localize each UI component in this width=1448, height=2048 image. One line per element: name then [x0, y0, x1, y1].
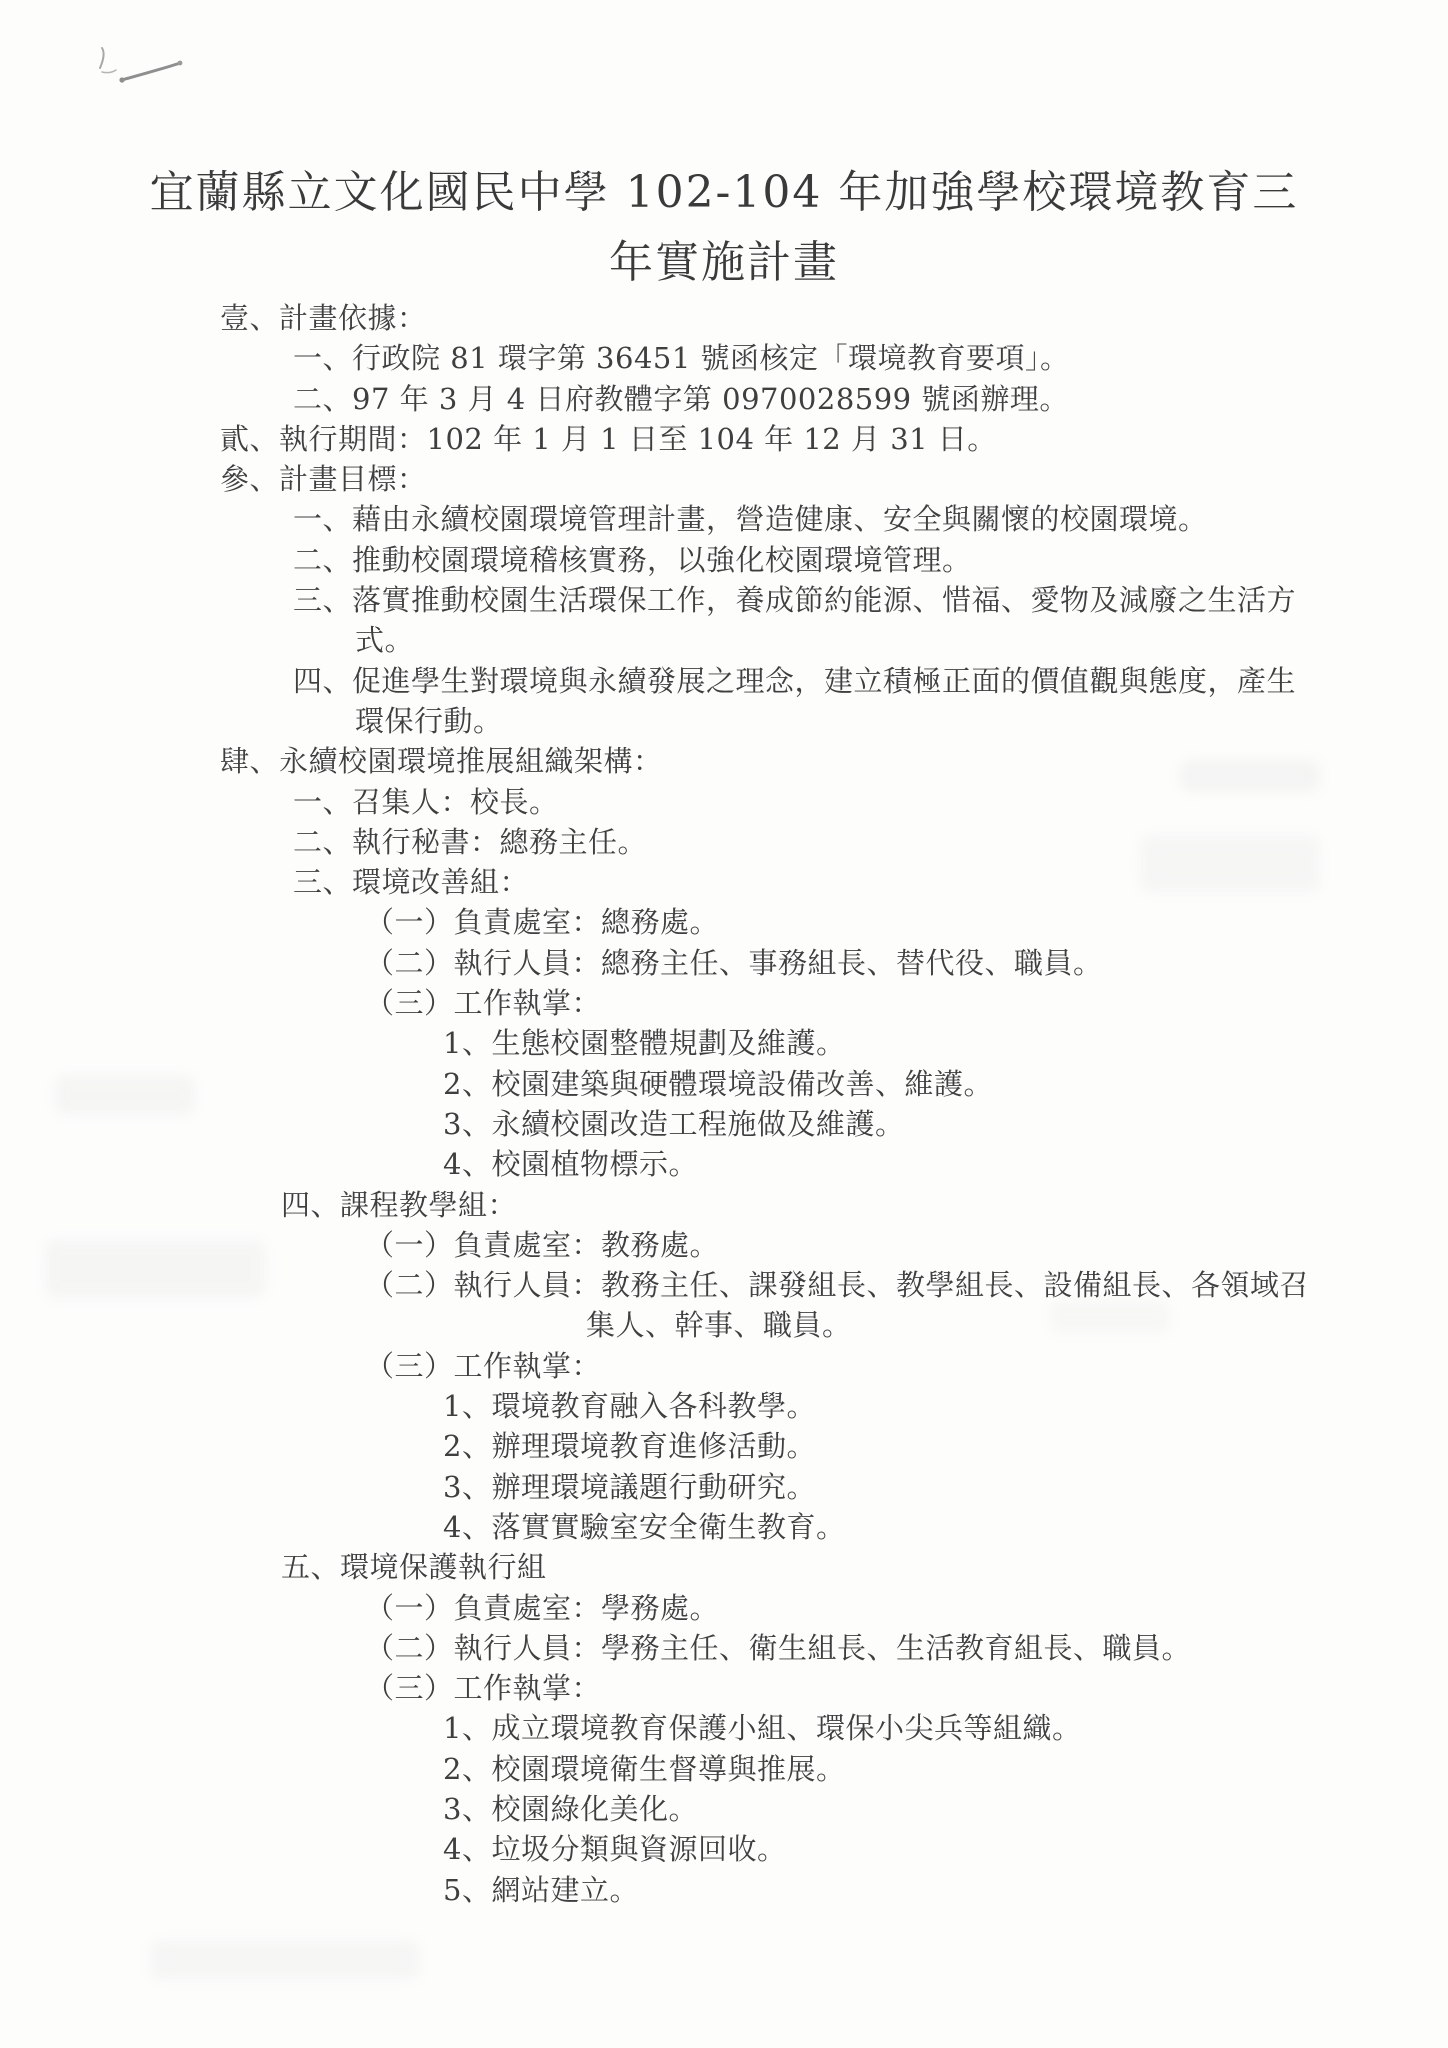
body-line: 二、推動校園環境稽核實務，以強化校園環境管理。 — [0, 540, 1448, 580]
body-line: 三、環境改善組： — [0, 862, 1448, 902]
document: 宜蘭縣立文化國民中學 102-104 年加強學校環境教育三 年實施計畫 壹、計畫… — [0, 0, 1448, 1910]
body-line: （三）工作執掌： — [0, 1668, 1448, 1708]
body-line: （二）執行人員：學務主任、衛生組長、生活教育組長、職員。 — [0, 1628, 1448, 1668]
body-line: （三）工作執掌： — [0, 1346, 1448, 1386]
body-line: 三、落實推動校園生活環保工作，養成節約能源、惜福、愛物及減廢之生活方 — [0, 580, 1448, 620]
body-line: 四、促進學生對環境與永續發展之理念，建立積極正面的價值觀與態度，產生 — [0, 661, 1448, 701]
body-line: （三）工作執掌： — [0, 983, 1448, 1023]
body-line: （一）負責處室：教務處。 — [0, 1225, 1448, 1265]
body-line: （一）負責處室：學務處。 — [0, 1588, 1448, 1628]
body-line: 壹、計畫依據： — [0, 298, 1448, 338]
pen-stroke-artifact — [70, 28, 250, 108]
body-line: 4、落實實驗室安全衛生教育。 — [0, 1507, 1448, 1547]
body-line: 3、校園綠化美化。 — [0, 1789, 1448, 1829]
body-line: 二、執行秘書：總務主任。 — [0, 822, 1448, 862]
body-line: 四、課程教學組： — [0, 1185, 1448, 1225]
body-line: 二、97 年 3 月 4 日府教體字第 0970028599 號函辦理。 — [0, 379, 1448, 419]
body-line: （二）執行人員：教務主任、課發組長、教學組長、設備組長、各領域召 — [0, 1265, 1448, 1305]
body-line: 3、辦理環境議題行動研究。 — [0, 1467, 1448, 1507]
body-line: 肆、永續校園環境推展組織架構： — [0, 741, 1448, 781]
body-line: 一、行政院 81 環字第 36451 號函核定「環境教育要項」。 — [0, 338, 1448, 378]
body-line: 1、成立環境教育保護小組、環保小尖兵等組織。 — [0, 1708, 1448, 1748]
scanned-document-page: 宜蘭縣立文化國民中學 102-104 年加強學校環境教育三 年實施計畫 壹、計畫… — [0, 0, 1448, 2048]
body-line: 4、垃圾分類與資源回收。 — [0, 1829, 1448, 1869]
body-line: 式。 — [0, 620, 1448, 660]
document-title-line-2: 年實施計畫 — [0, 228, 1448, 298]
body-line: 一、召集人：校長。 — [0, 782, 1448, 822]
body-line: 1、環境教育融入各科教學。 — [0, 1386, 1448, 1426]
body-line: 環保行動。 — [0, 701, 1448, 741]
body-line: 5、網站建立。 — [0, 1870, 1448, 1910]
body-line: 1、生態校園整體規劃及維護。 — [0, 1023, 1448, 1063]
body-line: 2、校園環境衛生督導與推展。 — [0, 1749, 1448, 1789]
bleedthrough-smudge — [150, 1940, 420, 1980]
body-line: 2、辦理環境教育進修活動。 — [0, 1426, 1448, 1466]
body-line: （二）執行人員：總務主任、事務組長、替代役、職員。 — [0, 943, 1448, 983]
document-title-line-1: 宜蘭縣立文化國民中學 102-104 年加強學校環境教育三 — [0, 158, 1448, 228]
body-line: 參、計畫目標： — [0, 459, 1448, 499]
body-line: 2、校園建築與硬體環境設備改善、維護。 — [0, 1064, 1448, 1104]
body-line: 五、環境保護執行組 — [0, 1547, 1448, 1587]
body-line: （一）負責處室：總務處。 — [0, 902, 1448, 942]
body-line: 3、永續校園改造工程施做及維護。 — [0, 1104, 1448, 1144]
body-line: 一、藉由永續校園環境管理計畫，營造健康、安全與關懷的校園環境。 — [0, 499, 1448, 539]
body-line: 集人、幹事、職員。 — [0, 1305, 1448, 1345]
body-line: 4、校園植物標示。 — [0, 1144, 1448, 1184]
body-line: 貳、執行期間：102 年 1 月 1 日至 104 年 12 月 31 日。 — [0, 419, 1448, 459]
document-body: 壹、計畫依據：一、行政院 81 環字第 36451 號函核定「環境教育要項」。二… — [0, 298, 1448, 1910]
